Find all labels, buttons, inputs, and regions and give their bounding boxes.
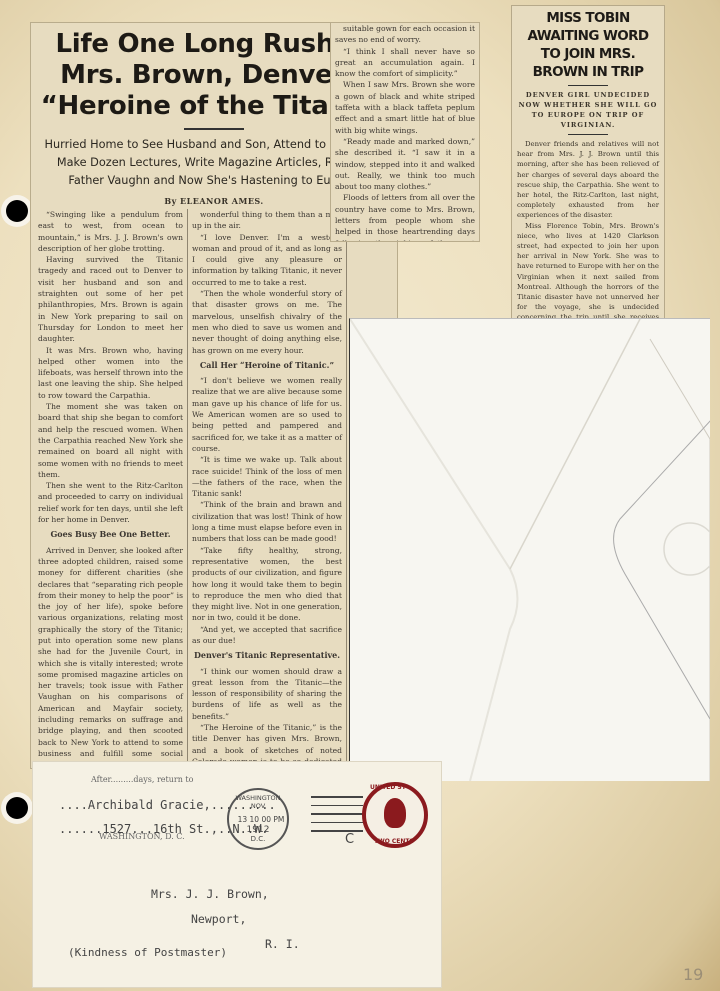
cancel-letter: C — [345, 832, 354, 847]
subheading: Call Her “Heroine of Titanic.” — [192, 360, 342, 371]
subheading: Goes Busy Bee One Better. — [38, 529, 183, 540]
tobin-subhead: DENVER GIRL UNDECIDED NOW WHETHER SHE WI… — [512, 90, 664, 130]
postmark: WASHINGTON NOV 13 10 00 PM 1912 D.C. — [227, 788, 289, 850]
return-instructions: After.........days, return to — [91, 775, 193, 784]
two-cent-stamp-icon: UNITED ST TWO CENTS — [362, 782, 428, 848]
tobin-headline: MISS TOBIN AWAITING WORD TO JOIN MRS. BR… — [512, 6, 664, 81]
binder-hole-bottom — [6, 797, 28, 819]
article-clipping-tobin: MISS TOBIN AWAITING WORD TO JOIN MRS. BR… — [511, 5, 665, 362]
envelope-flap-lines — [350, 319, 710, 781]
subheading: Denver's Titanic Representative. — [192, 650, 342, 661]
envelope-back — [349, 318, 710, 781]
page-number: 19 — [683, 965, 703, 984]
divider — [568, 85, 608, 86]
address-line-1: Mrs. J. J. Brown, — [151, 887, 269, 901]
binder-hole-top — [6, 200, 28, 222]
divider — [568, 134, 608, 135]
divider — [184, 128, 244, 130]
address-line-2: Newport, — [191, 912, 246, 926]
return-city: WASHINGTON, D. C. — [99, 832, 185, 841]
postmaster-note: (Kindness of Postmaster) — [68, 946, 227, 959]
article-column-3: suitable gown for each occasion it saves… — [330, 22, 480, 242]
cancellation-lines: C — [311, 796, 363, 839]
address-line-3: R. I. — [265, 937, 300, 951]
portrait-icon — [384, 798, 406, 828]
